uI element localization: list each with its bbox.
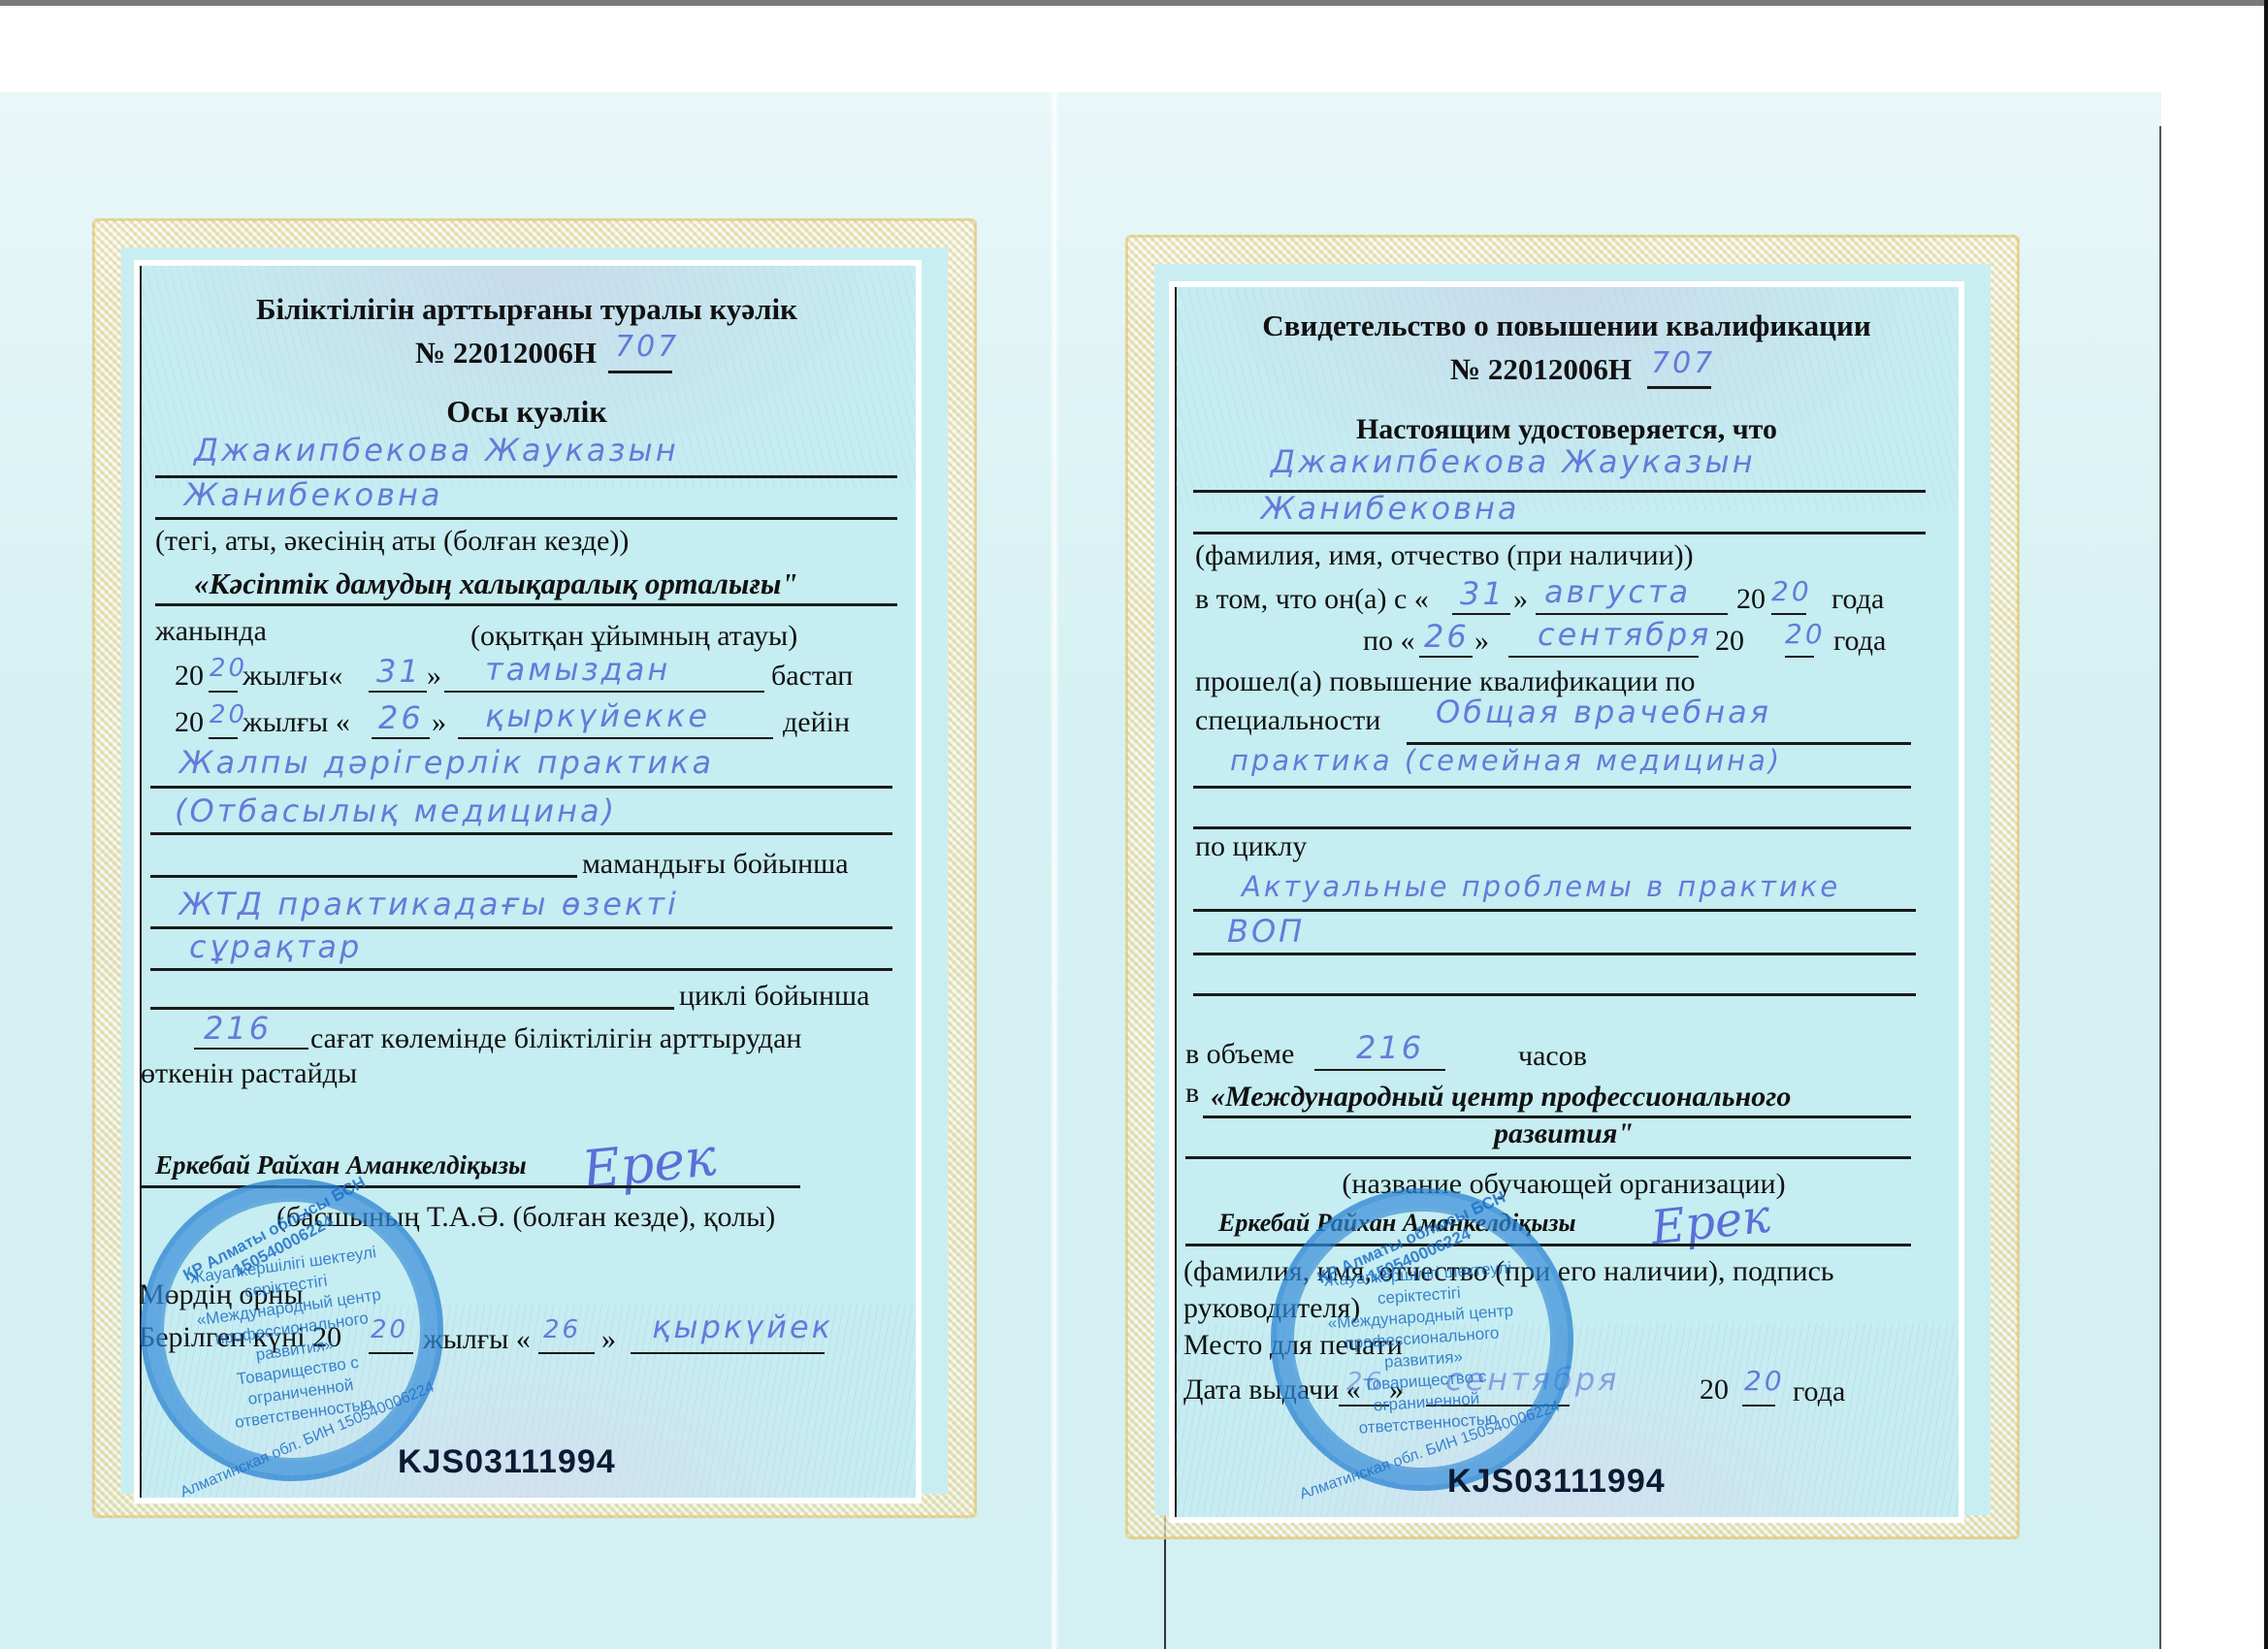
right-cycle-line1: Актуальные проблемы в практике [1242, 873, 1840, 901]
left-specialty-underline1 [150, 786, 892, 789]
right-passed-text: прошел(а) повышение квалификации по [1195, 667, 1696, 696]
right-start-month: августа [1544, 576, 1691, 607]
right-number-underline [1647, 386, 1711, 389]
right-title: Свидетельство о повышении квалификации [1169, 310, 1964, 340]
right-signer-name: Еркебай Райхан Аманкелдіқызы [1218, 1211, 1576, 1236]
right-hours: 216 [1356, 1032, 1424, 1063]
right-name-caption: (фамилия, имя, отчество (при наличии)) [1195, 541, 1694, 570]
right-name-line1: Джакипбекова Жауказын [1271, 446, 1756, 477]
right-name-line2: Жанибековна [1261, 493, 1520, 524]
left-issue-month: қыркүйек [652, 1311, 833, 1342]
scanner-top-edge [0, 0, 2268, 6]
left-org-caption: (оқытқан ұйымның атауы) [470, 622, 797, 651]
right-end-month: сентября [1538, 619, 1711, 650]
left-seal-place: Мөрдің орны [139, 1280, 304, 1309]
left-start-month: тамыздан [485, 654, 670, 685]
scanner-right-edge [2264, 0, 2268, 1649]
right-specialty-underline2 [1193, 786, 1911, 789]
left-name-line1: Джакипбекова Жауказын [194, 435, 679, 466]
right-certificate-number: № 22012006Н [1450, 354, 1632, 384]
left-name-underline2 [155, 517, 897, 520]
left-cycle-line1: ЖТД практикадағы өзекті [179, 889, 679, 920]
left-signer-caption: (басшының Т.А.Ә. (болған кезде), қолы) [276, 1203, 775, 1232]
left-signer-name: Еркебай Райхан Аманкелдіқызы [155, 1152, 527, 1179]
left-end-day: 26 [378, 702, 424, 733]
left-specialty-underline3 [150, 875, 577, 878]
right-org-line2: развития" [1185, 1119, 1942, 1148]
right-issue-year: 20 [1744, 1368, 1785, 1395]
right-cycle-underline2 [1193, 953, 1916, 955]
left-confirm-text: өткенін растайды [141, 1059, 357, 1088]
left-org-underline [155, 603, 897, 606]
right-org-line1: «Международный центр профессионального [1211, 1083, 1791, 1112]
paper-edge [2159, 126, 2161, 1649]
right-specialty-label: специальности [1195, 706, 1380, 735]
right-start-year: 20 [1771, 578, 1812, 605]
left-number-underline [608, 371, 672, 373]
left-specialty-caption: мамандығы бойынша [582, 850, 849, 879]
right-hours-label: в объеме [1185, 1040, 1294, 1069]
left-hours: 216 [204, 1013, 272, 1044]
right-seal-place: Место для печати [1183, 1331, 1403, 1360]
right-serial-number: KJS03111994 [1447, 1463, 1666, 1501]
right-start-day: 31 [1460, 578, 1506, 609]
right-hours-suffix: часов [1518, 1042, 1587, 1071]
left-org-prefix: жанында [155, 617, 267, 646]
right-cycle-underline3 [1193, 993, 1916, 996]
left-serial-number: KJS03111994 [398, 1443, 616, 1481]
left-hours-text: сағат көлемінде біліктілігін арттырудан [310, 1024, 801, 1053]
left-title: Біліктілігін арттырғаны туралы куәлік [136, 294, 918, 324]
right-specialty-line1: Общая врачебная [1436, 696, 1771, 727]
right-issue-day: 26 [1346, 1370, 1384, 1395]
left-heading: Осы куәлік [136, 396, 918, 427]
right-name-underline2 [1193, 532, 1926, 534]
left-name-line2: Жанибековна [184, 479, 443, 510]
left-issue-day: 26 [543, 1317, 581, 1342]
left-name-caption: (тегі, аты, әкесінің аты (болған кезде)) [155, 527, 629, 556]
right-cycle-underline1 [1193, 909, 1916, 912]
right-signer-caption-2: руководителя) [1183, 1294, 1360, 1323]
right-number-handwritten: 707 [1651, 349, 1715, 378]
left-specialty-underline2 [150, 832, 892, 835]
right-issue-month: сентября [1445, 1364, 1619, 1395]
right-specialty-underline3 [1193, 826, 1911, 829]
fold-gutter [1050, 92, 1059, 1649]
right-heading: Настоящим удостоверяется, что [1169, 415, 1964, 444]
right-signer-caption-1: (фамилия, имя, отчество (при его наличии… [1183, 1257, 1834, 1286]
left-certificate-number: № 22012006Н [415, 338, 597, 368]
right-specialty-line2: практика (семейная медицина) [1230, 747, 1782, 775]
left-specialty-line1: Жалпы дәрігерлік практика [179, 747, 714, 778]
left-hours-underline [194, 1048, 308, 1050]
right-cycle-line2: ВОП [1227, 916, 1305, 947]
left-issue-year: 20 [371, 1317, 408, 1342]
right-signer-underline [1185, 1244, 1911, 1246]
left-specialty-line2: (Отбасылық медицина) [175, 795, 617, 826]
left-number-handwritten: 707 [615, 333, 679, 362]
right-cycle-label: по циклу [1195, 832, 1307, 861]
right-org-underline2 [1185, 1156, 1911, 1159]
left-end-month: қыркүйекке [485, 700, 710, 731]
left-organization: «Кәсіптік дамудың халықаралық орталығы" [194, 568, 798, 598]
right-end-day: 26 [1424, 621, 1470, 652]
right-org-prefix: в [1185, 1079, 1199, 1108]
left-cycle-caption: циклі бойынша [679, 982, 869, 1011]
left-signer-underline [141, 1185, 800, 1188]
right-hours-underline [1314, 1069, 1445, 1071]
right-org-caption: (название обучающей организации) [1185, 1170, 1942, 1199]
left-cycle-underline2 [150, 968, 892, 971]
left-start-day: 31 [376, 656, 422, 687]
right-end-year: 20 [1785, 621, 1826, 648]
left-cycle-line2: сұрақтар [189, 931, 362, 962]
